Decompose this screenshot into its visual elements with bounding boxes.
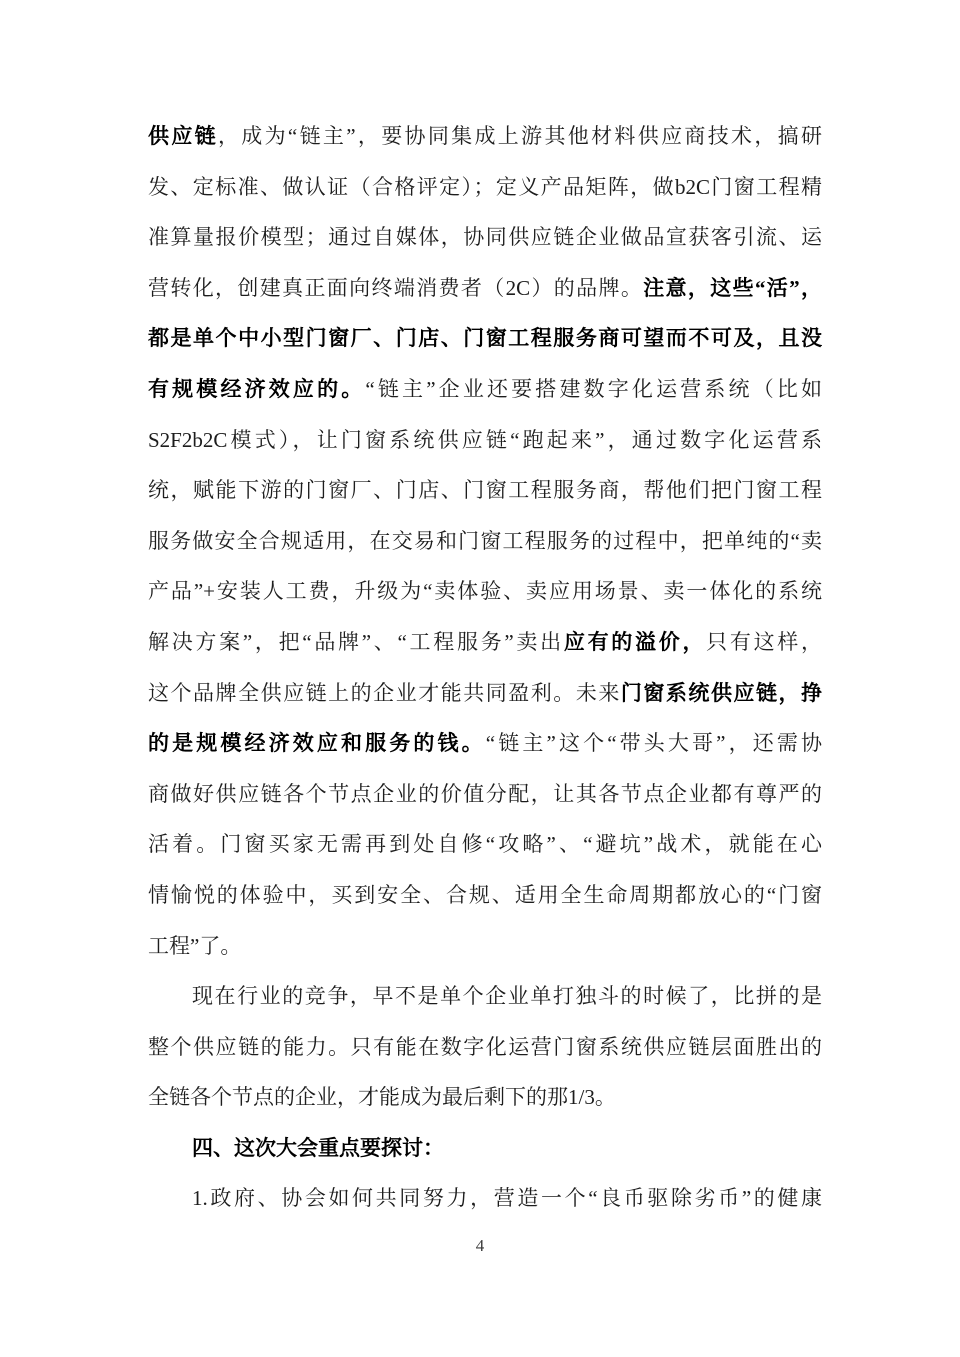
text-run: “链主”这个“带头大哥”，还需协 <box>486 731 822 755</box>
text-line: 活着。门窗买家无需再到处自修“攻略”、“避坑”战术，就能在心 <box>148 819 822 870</box>
bold-text-run: 供应链 <box>148 124 218 148</box>
text-run: 1.政府、协会如何共同努力，营造一个“良币驱除劣币”的健康 <box>192 1186 822 1210</box>
text-run: S2F2b2C模式），让门窗系统供应链“跑起来”，通过数字化运营系 <box>148 428 822 452</box>
text-line: 的是规模经济效应和服务的钱。“链主”这个“带头大哥”，还需协 <box>148 718 822 769</box>
text-line: 商做好供应链各个节点企业的价值分配，让其各节点企业都有尊严的 <box>148 769 822 820</box>
bold-text-run: 应有的溢价， <box>564 630 706 654</box>
text-run: “链主”企业还要搭建数字化运营系统（比如 <box>365 377 822 401</box>
text-line: 工程”了。 <box>148 921 822 972</box>
text-line: 这个品牌全供应链上的企业才能共同盈利。未来门窗系统供应链，挣 <box>148 668 822 719</box>
text-run: 准算量报价模型；通过自媒体，协同供应链企业做品宣获客引流、运 <box>148 225 822 249</box>
text-run: 产品”+安装人工费，升级为“卖体验、卖应用场景、卖一体化的系统 <box>148 579 822 603</box>
text-run: 现在行业的竞争，早不是单个企业单打独斗的时候了，比拼的是 <box>192 984 822 1008</box>
text-line: 服务做安全合规适用，在交易和门窗工程服务的过程中，把单纯的“卖 <box>148 516 822 567</box>
bold-text-run: 的是规模经济效应和服务的钱。 <box>148 731 486 755</box>
text-run: 只有这样， <box>706 630 822 654</box>
text-line: 准算量报价模型；通过自媒体，协同供应链企业做品宣获客引流、运 <box>148 212 822 263</box>
text-run: ，成为“链主”，要协同集成上游其他材料供应商技术，搞研 <box>218 124 822 148</box>
text-line: 现在行业的竞争，早不是单个企业单打独斗的时候了，比拼的是 <box>148 971 822 1022</box>
section-heading: 四、这次大会重点要探讨： <box>148 1123 822 1174</box>
text-line: 产品”+安装人工费，升级为“卖体验、卖应用场景、卖一体化的系统 <box>148 566 822 617</box>
text-line: S2F2b2C模式），让门窗系统供应链“跑起来”，通过数字化运营系 <box>148 415 822 466</box>
text-run: 活着。门窗买家无需再到处自修“攻略”、“避坑”战术，就能在心 <box>148 832 822 856</box>
text-line: 发、定标准、做认证（合格评定）；定义产品矩阵，做b2C门窗工程精 <box>148 162 822 213</box>
bold-text-run: 都是单个中小型门窗厂、门店、门窗工程服务商可望而不可及，且没 <box>148 326 822 350</box>
text-line: 1.政府、协会如何共同努力，营造一个“良币驱除劣币”的健康 <box>148 1173 822 1224</box>
text-run: 服务做安全合规适用，在交易和门窗工程服务的过程中，把单纯的“卖 <box>148 529 822 553</box>
text-run: 商做好供应链各个节点企业的价值分配，让其各节点企业都有尊严的 <box>148 782 822 806</box>
text-run: 营转化，创建真正面向终端消费者（2C）的品牌。 <box>148 276 643 300</box>
document-body: 供应链，成为“链主”，要协同集成上游其他材料供应商技术，搞研发、定标准、做认证（… <box>148 111 822 1224</box>
text-run: 整个供应链的能力。只有能在数字化运营门窗系统供应链层面胜出的 <box>148 1035 822 1059</box>
bold-text-run: 注意，这些“活”， <box>643 276 822 300</box>
text-line: 供应链，成为“链主”，要协同集成上游其他材料供应商技术，搞研 <box>148 111 822 162</box>
text-run: 全链各个节点的企业，才能成为最后剩下的那1/3。 <box>148 1085 616 1109</box>
text-run: 发、定标准、做认证（合格评定）；定义产品矩阵，做b2C门窗工程精 <box>148 175 822 199</box>
page-number: 4 <box>0 1236 960 1256</box>
text-run: 情愉悦的体验中，买到安全、合规、适用全生命周期都放心的“门窗 <box>148 883 822 907</box>
bold-text-run: 四、这次大会重点要探讨： <box>192 1136 444 1160</box>
text-line: 全链各个节点的企业，才能成为最后剩下的那1/3。 <box>148 1072 822 1123</box>
text-line: 都是单个中小型门窗厂、门店、门窗工程服务商可望而不可及，且没 <box>148 313 822 364</box>
bold-text-run: 门窗系统供应链，挣 <box>621 681 822 705</box>
text-line: 解决方案”，把“品牌”、“工程服务”卖出应有的溢价，只有这样， <box>148 617 822 668</box>
text-line: 营转化，创建真正面向终端消费者（2C）的品牌。注意，这些“活”， <box>148 263 822 314</box>
text-line: 情愉悦的体验中，买到安全、合规、适用全生命周期都放心的“门窗 <box>148 870 822 921</box>
text-run: 这个品牌全供应链上的企业才能共同盈利。未来 <box>148 681 621 705</box>
text-line: 有规模经济效应的。“链主”企业还要搭建数字化运营系统（比如 <box>148 364 822 415</box>
text-run: 统，赋能下游的门窗厂、门店、门窗工程服务商，帮他们把门窗工程 <box>148 478 822 502</box>
text-run: 解决方案”，把“品牌”、“工程服务”卖出 <box>148 630 564 654</box>
text-line: 统，赋能下游的门窗厂、门店、门窗工程服务商，帮他们把门窗工程 <box>148 465 822 516</box>
bold-text-run: 有规模经济效应的。 <box>148 377 365 401</box>
text-line: 整个供应链的能力。只有能在数字化运营门窗系统供应链层面胜出的 <box>148 1022 822 1073</box>
document-page: 供应链，成为“链主”，要协同集成上游其他材料供应商技术，搞研发、定标准、做认证（… <box>0 0 960 1357</box>
text-run: 工程”了。 <box>148 934 241 958</box>
